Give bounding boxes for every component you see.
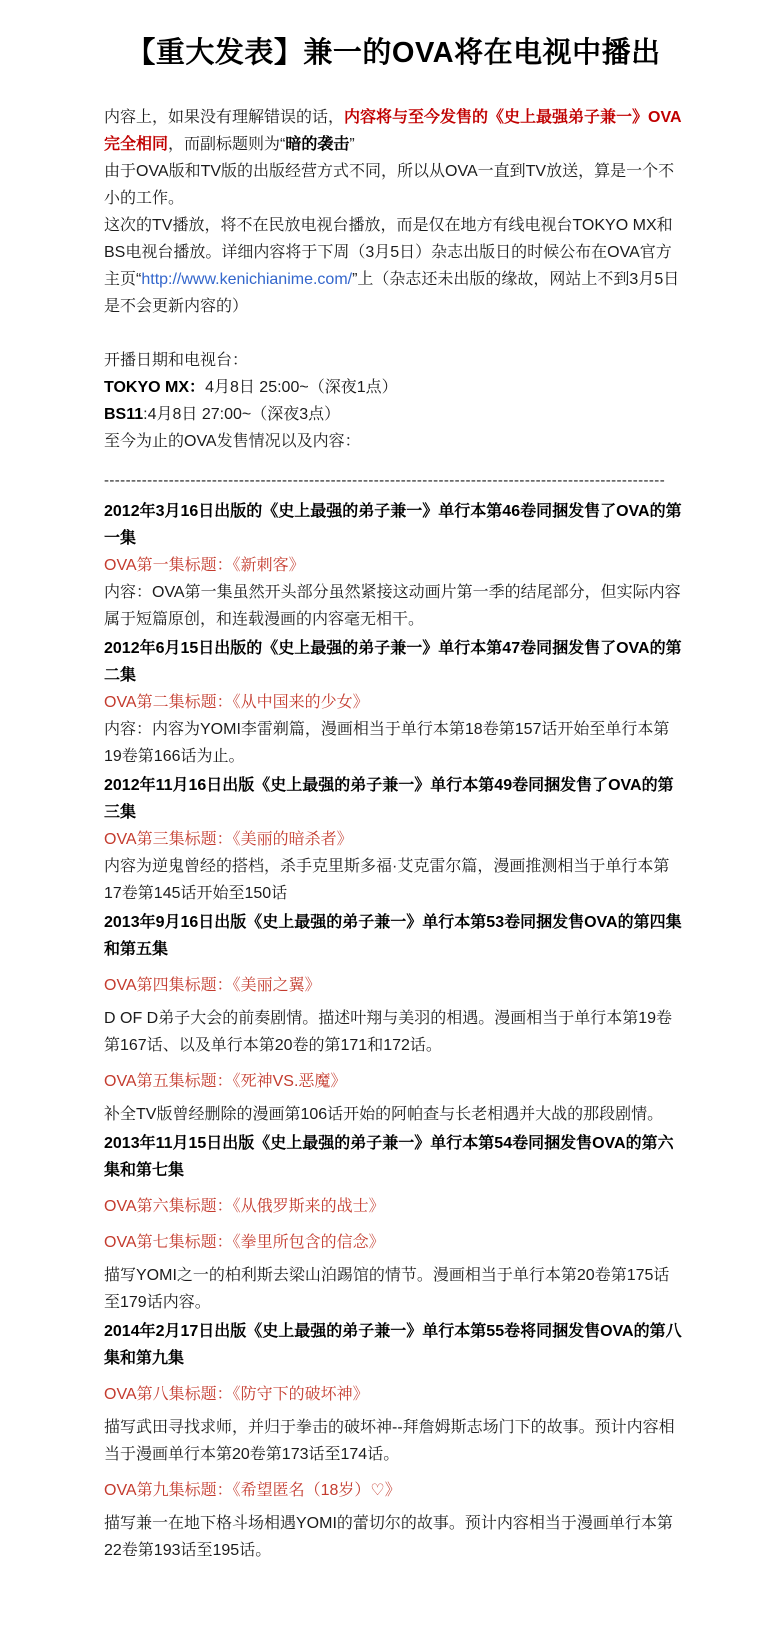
ova-section-3: 2012年11月16日出版《史上最强的弟子兼一》单行本第49卷同捆发售了OVA的…: [104, 772, 683, 907]
intro-text-mid: ，而副标题则为“: [168, 136, 285, 153]
dashed-divider: ----------------------------------------…: [104, 468, 683, 494]
release-heading: 2012年11月16日出版《史上最强的弟子兼一》单行本第49卷同捆发售了OVA的…: [104, 772, 683, 826]
article-page: 【重大发表】兼一的OVA将在电视中播出 内容上，如果没有理解错误的话，内容将与至…: [0, 0, 781, 1634]
release-heading: 2012年3月16日出版的《史上最强的弟子兼一》单行本第46卷同捆发售了OVA的…: [104, 498, 683, 552]
episode-description: 内容为逆鬼曾经的搭档，杀手克里斯多福·艾克雷尔篇，漫画推测相当于单行本第17卷第…: [104, 853, 683, 907]
episode-title: OVA第四集标题：《美丽之翼》: [104, 972, 683, 999]
episode-description: 描写兼一在地下格斗场相遇YOMI的蕾切尔的故事。预计内容相当于漫画单行本第22卷…: [104, 1510, 683, 1564]
episode-title: OVA第六集标题：《从俄罗斯来的战士》: [104, 1193, 683, 1220]
episode-title: OVA第三集标题：《美丽的暗杀者》: [104, 826, 683, 853]
tokyo-mx-label: TOKYO MX：: [104, 379, 205, 396]
ova-section-6: 2013年11月15日出版《史上最强的弟子兼一》单行本第54卷同捆发售OVA的第…: [104, 1130, 683, 1316]
episode-title: OVA第七集标题：《拳里所包含的信念》: [104, 1229, 683, 1256]
episode-title: OVA第二集标题：《从中国来的少女》: [104, 689, 683, 716]
release-heading: 2014年2月17日出版《史上最强的弟子兼一》单行本第55卷将同捆发售OVA的第…: [104, 1318, 683, 1372]
ova-section-2: 2012年6月15日出版的《史上最强的弟子兼一》单行本第47卷同捆发售了OVA的…: [104, 635, 683, 770]
schedule-heading: 开播日期和电视台：: [104, 347, 683, 374]
episode-description: 描写YOMI之一的柏利斯去梁山泊踢馆的情节。漫画相当于单行本第20卷第175话至…: [104, 1262, 683, 1316]
episode-description: D OF D弟子大会的前奏剧情。描述叶翔与美羽的相遇。漫画相当于单行本第19卷第…: [104, 1005, 683, 1059]
episode-title: OVA第五集标题：《死神VS.恶魔》: [104, 1068, 683, 1095]
intro-text-start: 内容上，如果没有理解错误的话，: [104, 109, 344, 126]
ova-section-1: 2012年3月16日出版的《史上最强的弟子兼一》单行本第46卷同捆发售了OVA的…: [104, 498, 683, 633]
release-heading: 2012年6月15日出版的《史上最强的弟子兼一》单行本第47卷同捆发售了OVA的…: [104, 635, 683, 689]
intro-paragraph-2: 由于OVA版和TV版的出版经营方式不同，所以从OVA一直到TV放送，算是一个不小…: [104, 158, 683, 212]
official-site-link[interactable]: http://www.kenichianime.com/: [141, 271, 352, 288]
episode-title: OVA第八集标题：《防守下的破坏神》: [104, 1381, 683, 1408]
ova-section-7: 2014年2月17日出版《史上最强的弟子兼一》单行本第55卷将同捆发售OVA的第…: [104, 1318, 683, 1468]
ova-section-8: OVA第九集标题：《希望匿名（18岁）♡》 描写兼一在地下格斗场相遇YOMI的蕾…: [104, 1477, 683, 1564]
schedule-row-tokyo-mx: TOKYO MX：4月8日 25:00~（深夜1点）: [104, 374, 683, 401]
page-title: 【重大发表】兼一的OVA将在电视中播出: [104, 36, 683, 70]
ova-section-5: OVA第五集标题：《死神VS.恶魔》 补全TV版曾经删除的漫画第106话开始的阿…: [104, 1068, 683, 1128]
bs11-time: :4月8日 27:00~（深夜3点）: [143, 406, 340, 423]
spacer: [104, 455, 683, 468]
episode-title: OVA第九集标题：《希望匿名（18岁）♡》: [104, 1477, 683, 1504]
ova-section-4: 2013年9月16日出版《史上最强的弟子兼一》单行本第53卷同捆发售OVA的第四…: [104, 909, 683, 1059]
release-heading: 2013年11月15日出版《史上最强的弟子兼一》单行本第54卷同捆发售OVA的第…: [104, 1130, 683, 1184]
ova-subtitle-emphasis: 暗的袭击: [285, 136, 349, 153]
spacer: [104, 320, 683, 347]
tokyo-mx-time: 4月8日 25:00~（深夜1点）: [205, 379, 398, 396]
bs11-label: BS11: [104, 406, 143, 423]
release-heading: 2013年9月16日出版《史上最强的弟子兼一》单行本第53卷同捆发售OVA的第四…: [104, 909, 683, 963]
episode-description: 描写武田寻找求师，并归于拳击的破坏神--拜詹姆斯志场门下的故事。预计内容相当于漫…: [104, 1414, 683, 1468]
episode-description: 内容：内容为YOMI李雷剃篇，漫画相当于单行本第18卷第157话开始至单行本第1…: [104, 716, 683, 770]
episode-description: 补全TV版曾经删除的漫画第106话开始的阿帕查与长老相遇并大战的那段剧情。: [104, 1101, 683, 1128]
episode-description: 内容：OVA第一集虽然开头部分虽然紧接这动画片第一季的结尾部分，但实际内容属于短…: [104, 579, 683, 633]
intro-paragraph-3: 这次的TV播放，将不在民放电视台播放，而是仅在地方有线电视台TOKYO MX和B…: [104, 212, 683, 320]
history-heading: 至今为止的OVA发售情况以及内容：: [104, 428, 683, 455]
intro-text-end: ”: [349, 136, 354, 153]
intro-paragraph-1: 内容上，如果没有理解错误的话，内容将与至今发售的《史上最强弟子兼一》OVA完全相…: [104, 104, 683, 158]
episode-title: OVA第一集标题：《新刺客》: [104, 552, 683, 579]
schedule-row-bs11: BS11:4月8日 27:00~（深夜3点）: [104, 401, 683, 428]
